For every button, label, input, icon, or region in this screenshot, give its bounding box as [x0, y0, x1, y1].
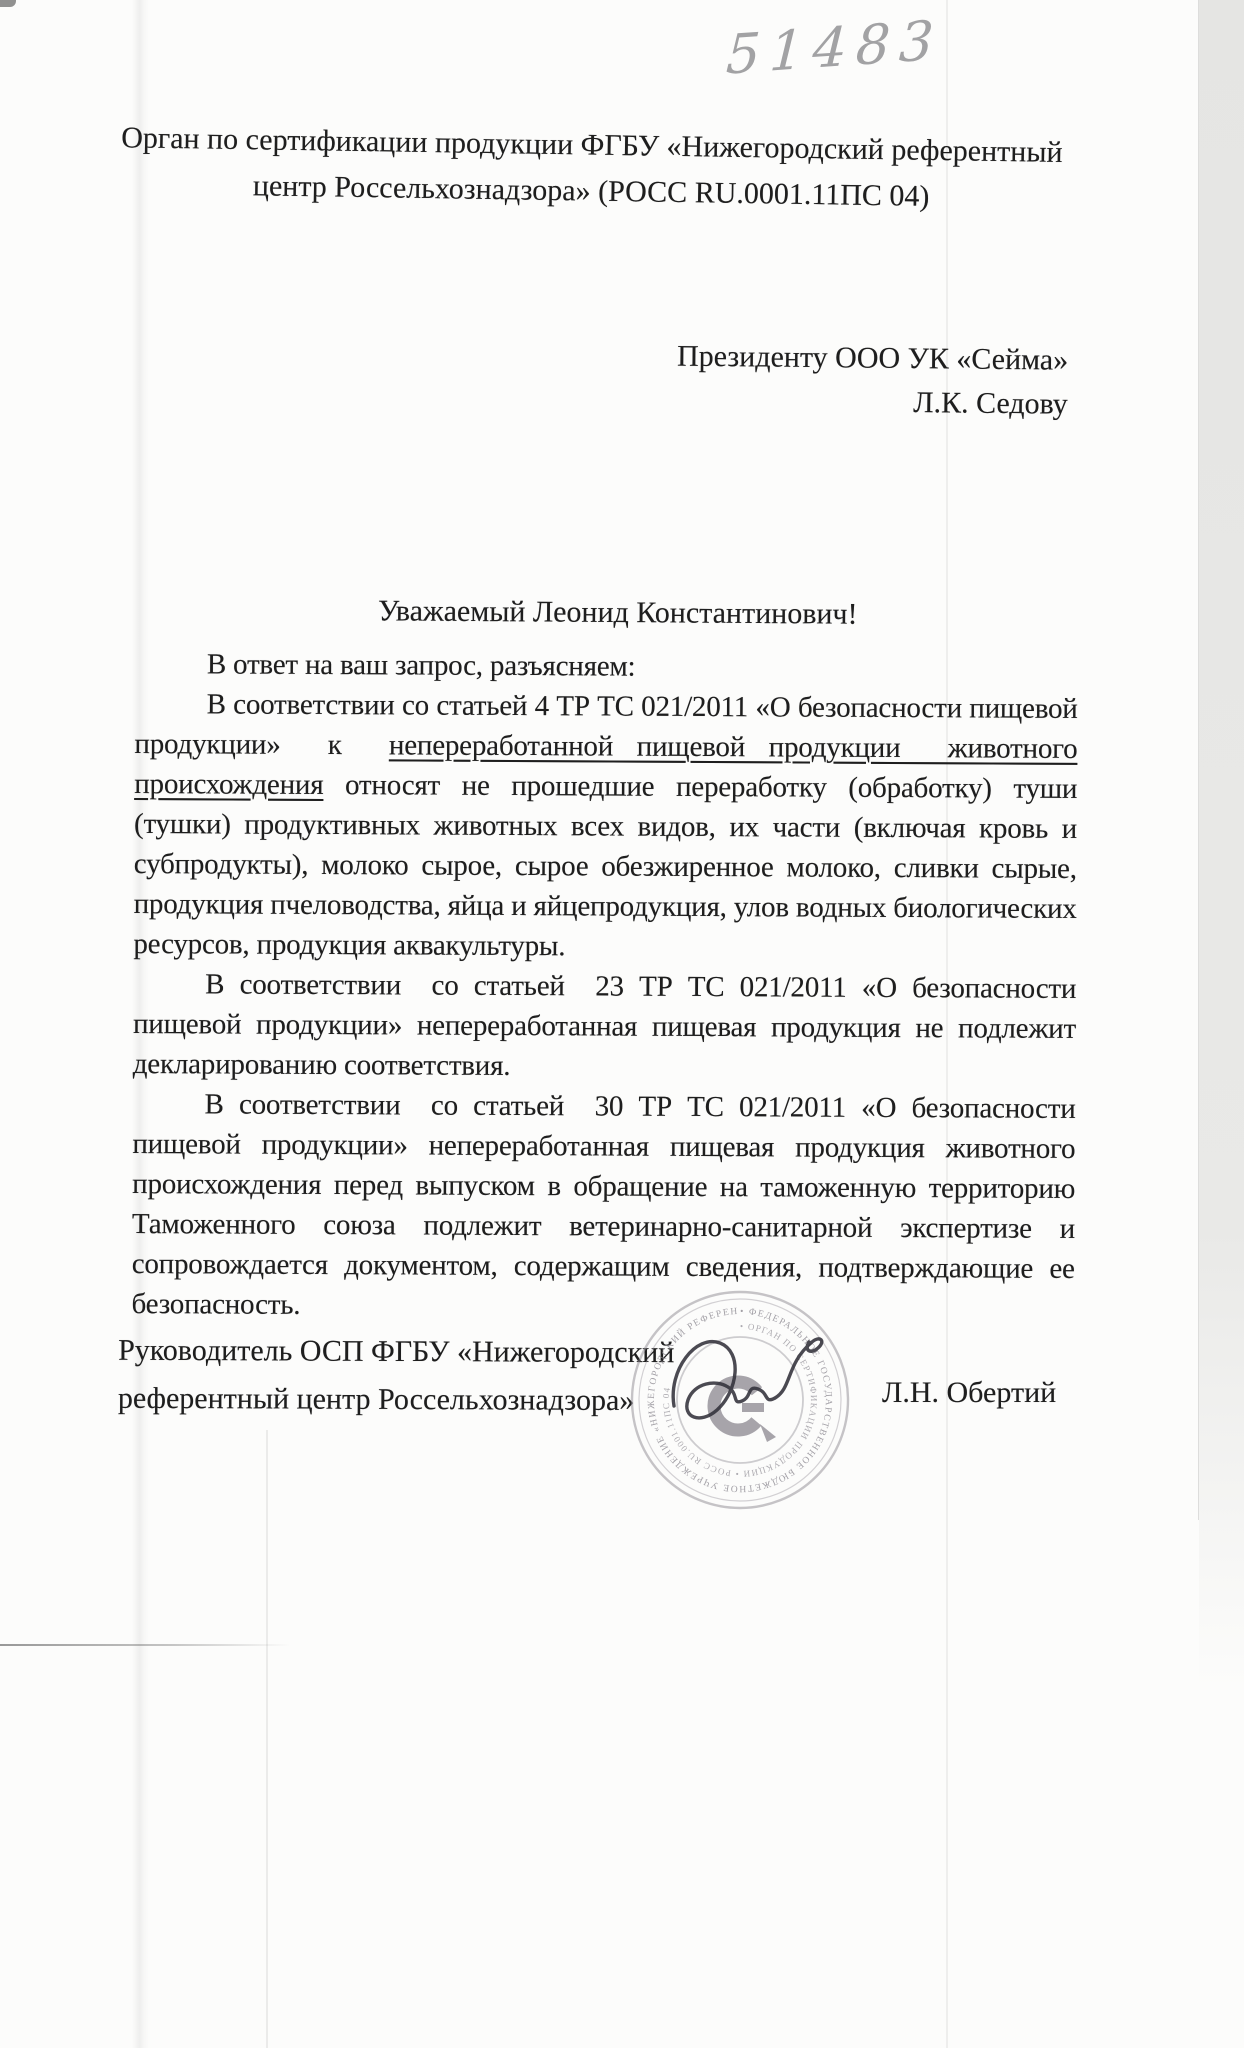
letterhead: Орган по сертификации продукции ФГБУ «Ни…: [111, 115, 1072, 222]
paragraph-article-4: В соответствии со статьей 4 ТР ТС 021/20…: [133, 684, 1077, 969]
scan-corner-speck: [0, 0, 16, 7]
scan-crease-vertical-lower: [266, 1430, 268, 2048]
scan-crease-horizontal: [0, 1644, 290, 1646]
paragraph-article-23: В соответствии со статьей 23 ТР ТС 021/2…: [133, 964, 1077, 1089]
addressee-position: Президенту ООО УК «Сейма»: [560, 333, 1068, 382]
scan-paper-edge: [1199, 0, 1244, 1760]
addressee-name: Л.К. Седову: [560, 377, 1068, 426]
signer-title-line1: Руководитель ОСП ФГБУ «Нижегородский: [118, 1327, 698, 1378]
scan-paper-edge-line: [1198, 0, 1199, 1520]
official-stamp: • ФЕДЕРАЛЬНОЕ ГОСУДАРСТВЕННОЕ БЮДЖЕТНОЕ …: [628, 1288, 852, 1512]
salutation: Уважаемый Леонид Константинович!: [378, 594, 858, 631]
paragraph-article-30: В соответствии со статьей 30 ТР ТС 021/2…: [131, 1084, 1075, 1329]
addressee-block: Президенту ООО УК «Сейма» Л.К. Седову: [560, 333, 1069, 426]
scanned-letter-page: 51483 Орган по сертификации продукции ФГ…: [0, 0, 1244, 2048]
handwritten-registration-number: 51483: [725, 8, 945, 87]
letter-body: В ответ на ваш запрос, разъясняем: В соо…: [131, 644, 1078, 1329]
signer-name: Л.Н. Обертий: [882, 1376, 1056, 1410]
signer-title-line2: референтный центр Россельхознадзора»: [118, 1375, 698, 1426]
paragraph-intro: В ответ на ваш запрос, разъясняем:: [135, 644, 1078, 689]
signer-title-block: Руководитель ОСП ФГБУ «Нижегородский реф…: [118, 1327, 698, 1426]
